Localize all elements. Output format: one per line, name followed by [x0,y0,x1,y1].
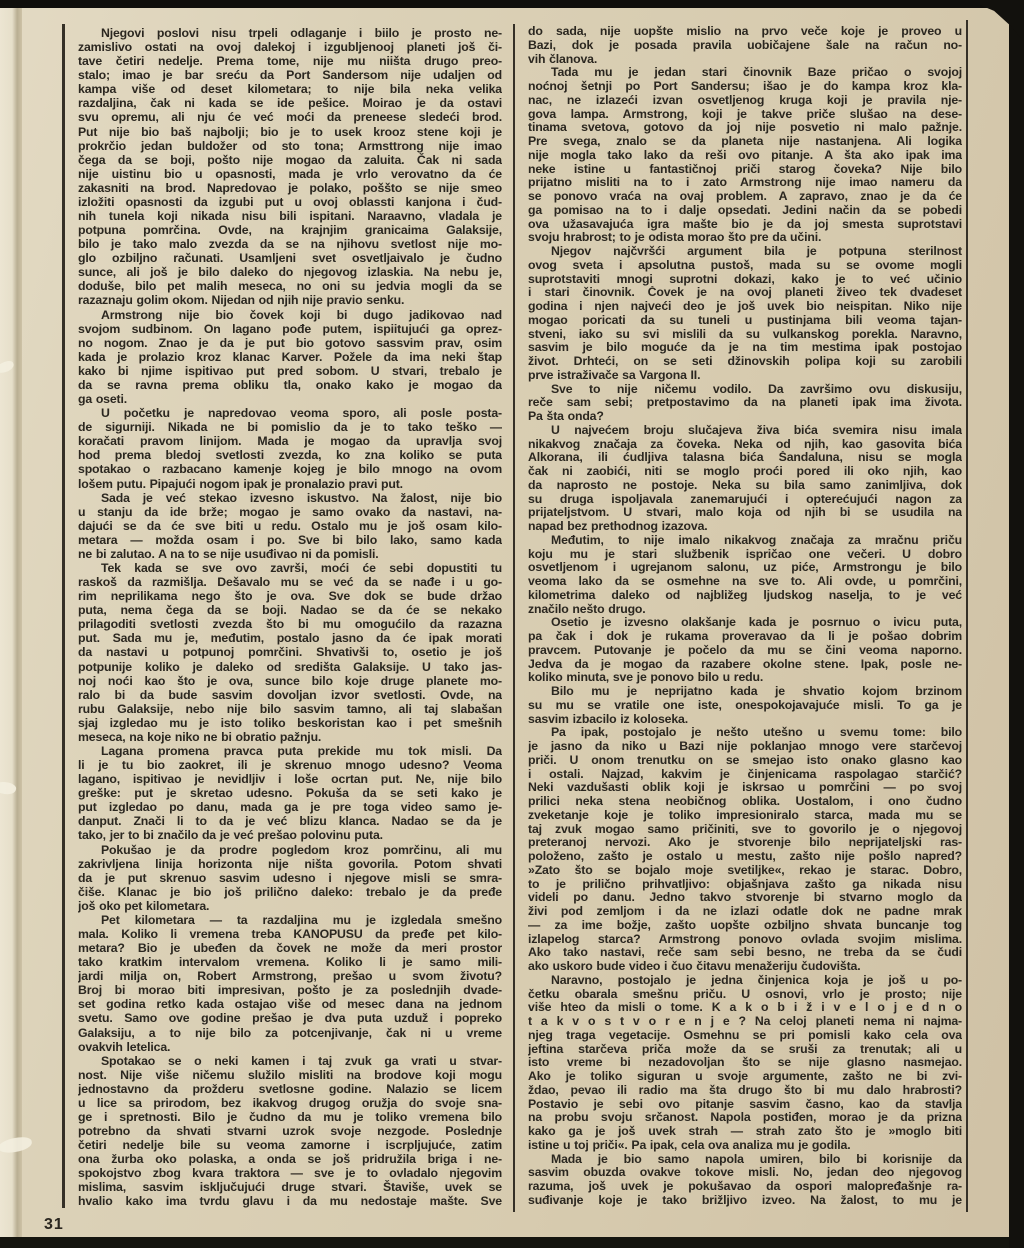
text-line: noćnoj šetnji po Port Sandersu; išao je … [528,80,962,94]
text-line: na probu svoju srčanost. Napola postiđen… [528,1111,962,1125]
text-line: noj noći kao što je ova, sunce bilo koje… [78,674,502,688]
text-line: kada je prolazio kroz klanac Karver. Pož… [78,350,502,364]
text-line: čega da se boji, pošto nije mogao da zal… [78,153,502,167]
text-line: sasvim obuzda ovakve tokove misli. No, j… [528,1166,962,1180]
text-line: prijateljstvom. U stvari, malo koja od n… [528,506,962,520]
text-line: svoju hrabrost; to je odista morao što p… [528,231,962,245]
text-line: greške: put je skretao udesno. Pokuša da… [78,786,502,800]
text-line: svu opremu, ali nju će već moći da prene… [78,110,502,124]
text-line: živi pod zemljom i da ne izlazi odatle d… [528,905,962,919]
text-line: bilo je tako malo zvezda da se na njihov… [78,237,502,251]
text-line: njeg traga vegetacije. Osmehnu se pri po… [528,1029,962,1043]
text-line: de sigurniji. Nikada ne bi pomislio da j… [78,420,502,434]
text-line: »Zato što se bojalo moje svetiljke«, rek… [528,864,962,878]
text-line: mala. Koliko li vremena treba KANOPUSU d… [78,927,502,941]
text-line: priči. U onom trenutku on se smejao isto… [528,754,962,768]
text-line: ova užasavajuća igra mašte bio je da joj… [528,218,962,232]
text-line: t a k v o s t v o r e n j e ? Na celoj p… [528,1015,962,1029]
paragraph: Lagana promena pravca puta prekide mu to… [78,744,502,843]
text-line: gova lampa. Armstrong, koji je takve pri… [528,108,962,122]
text-line: Njegov najčvršći argument bila je potpun… [528,245,962,259]
text-line: nije mogla tako lako da reši ovo pitanje… [528,149,962,163]
text-line: u stanju da ide brže; mogao je samo ovak… [78,505,502,519]
text-line: ovakvih letelica. [78,1040,502,1054]
text-line: tave četiri nedelje. Prema tome, nije mu… [78,54,502,68]
text-line: i stari činovnik. Čovek je na ovoj plane… [528,286,962,300]
text-line: suprotstaviti mnogi suprotni dokazi, kak… [528,273,962,287]
page-left-edge-shading [0,8,22,1237]
text-line: spokojstvo zbog kvara traktora — sve je … [78,1166,502,1180]
text-line: Njegovi poslovi nisu trpeli odlaganje i … [78,26,502,40]
text-line: potpuna pomrčina. Ovde, na krajnjim gran… [78,223,502,237]
text-line: Spotakao se o neki kamen i taj zvuk ga v… [78,1054,502,1068]
text-line: su mu se vratile one iste, onespokojavaj… [528,699,962,713]
text-line: Jedva da je mogao da razabere okolne ste… [528,658,962,672]
text-line: isto vreme bi nezadovoljan što se nije g… [528,1056,962,1070]
text-line: tako kratkim intervalom vremena. Koliko … [78,955,502,969]
text-line: svojom sudbinom. On lagano pođe putem, i… [78,322,502,336]
text-line: koliko minuta, sve je ponovo bilo u redu… [528,671,962,685]
text-line: ga pomisao na to i dalje opsedati. Jedin… [528,204,962,218]
text-line: četku obarala smešnu priču. U osnovi, vr… [528,988,962,1002]
paragraph: Tada mu je jedan stari činovnik Baze pri… [528,66,962,245]
text-line: tako, jer to bi značilo da je već prešao… [78,828,502,842]
text-line: čak ni zaobići, niti se moglo proći pore… [528,465,962,479]
paragraph: Njegovi poslovi nisu trpeli odlaganje i … [78,26,502,308]
text-line: puta, nema čega da se boji. Nadao se da … [78,603,502,617]
text-line: Naravno, postojalo je jedna činjenica ko… [528,974,962,988]
paragraph: do sada, nije uopšte mislio na prvo veče… [528,25,962,66]
paragraph: Pa ipak, postojalo je nešto utešno u sve… [528,726,962,974]
text-line: Mada je bio samo napola umiren, bilo bi … [528,1153,962,1167]
text-line: dajući se da će sve biti u redu. Ostalo … [78,519,502,533]
text-line: sunce, ali još je bilo daleko do njegovo… [78,265,502,279]
text-line: jeftina starčeva priča može da se sruši … [528,1043,962,1057]
text-line: položeno, zašto je ostalo u mestu, zašto… [528,850,962,864]
text-line: se ponovo vraća na ovaj problem. A zapra… [528,190,962,204]
text-line: ge i spretnosti. Bilo je čudno da mu je … [78,1110,502,1124]
text-line: put izgledao po danu, mada ga je pre tog… [78,800,502,814]
text-column-left: Njegovi poslovi nisu trpeli odlaganje i … [78,26,502,1209]
text-line: je jasno da niko u Bazi nije poklanjao m… [528,740,962,754]
text-line: četiri nedelje bile su veoma zamorne i i… [78,1138,502,1152]
text-line: čiše. Klanac je bio još prilično daleko:… [78,885,502,899]
text-line: Tek kada se sve ovo završi, moći će sebi… [78,561,502,575]
text-line: potrebno da shvati stvarni uzrok svoje n… [78,1124,502,1138]
text-line: više hteo da misli o tome. K a k o b i ž… [528,1001,962,1015]
paragraph: Pokušao je da prodre pogledom kroz pomrč… [78,843,502,913]
text-line: Neki vazdušasti oblik koji je iskrsao u … [528,781,962,795]
paragraph: U najvećem broju slučajeva živa bića sve… [528,424,962,534]
text-line: kilometrima daleko od najbližeg ljudskog… [528,589,962,603]
paragraph: Mada je bio samo napola umiren, bilo bi … [528,1153,962,1208]
text-line: zamislivo ostati na ovoj dalekoj i izgub… [78,40,502,54]
text-line: Sada je već stekao izvesno iskustvo. Na … [78,491,502,505]
text-line: li je tu bio zaokret, ili je skrenuo mno… [78,758,502,772]
text-line: značilo nešto drugo. [528,603,962,617]
bottom-edge-bar [0,1237,1024,1248]
text-line: Bilo mu je neprijatno kada je shvatio ko… [528,685,962,699]
text-line: U početku je napredovao veoma sporo, ali… [78,406,502,420]
text-line: razuma, još uvek je pokušavao da ospori … [528,1180,962,1194]
text-line: ako uskoro bude video i čuo čitavu menaž… [528,960,962,974]
text-line: kako bi njime ispitivao put pred sobom. … [78,364,502,378]
text-line: glo ozbiljno računati. Usamljeni svet os… [78,251,502,265]
text-line: svetu. Samo ove godine prešao je dva put… [78,1011,502,1025]
text-line: no nogom. Znao je da je put bio gotovo s… [78,336,502,350]
paragraph: Njegov najčvršći argument bila je potpun… [528,245,962,383]
scanned-magazine-page: Njegovi poslovi nisu trpeli odlaganje i … [0,0,1024,1248]
text-line: taj zvuk mogao samo pričiniti, sve to go… [528,823,962,837]
text-line: da nastavi u potpunoj pomrčini. Shvativš… [78,645,502,659]
text-line: Osetio je izvesno olakšanje kada je posr… [528,616,962,630]
text-line: stveni, iako su svi mislili da su vulkan… [528,328,962,342]
text-line: koju mu je stari službenik ispričao one … [528,548,962,562]
paragraph: Sada je već stekao izvesno iskustvo. Na … [78,491,502,561]
text-line: Lagana promena pravca puta prekide mu to… [78,744,502,758]
text-line: set godina retko kada ostajao više od me… [78,997,502,1011]
text-line: tinama svetova, gotovo da joj nije posve… [528,121,962,135]
text-line: ga oseti. [78,392,502,406]
text-line: prilici neka stena neobičnog oblika. Uos… [528,795,962,809]
text-line: Pa šta onda? [528,410,962,424]
text-line: da se ravna prema obliku tla, onako kako… [78,378,502,392]
paragraph: Bilo mu je neprijatno kada je shvatio ko… [528,685,962,726]
text-line: nost. Nije više ničemu služilo misliti n… [78,1068,502,1082]
text-line: raskoš da razmišlja. Dešavalo mu se već … [78,575,502,589]
text-line: sasvim izbacilo iz koloseka. [528,713,962,727]
text-line: ždao, pevao ili radio ma šta drugo što b… [528,1084,962,1098]
text-line: do sada, nije uopšte mislio na prvo veče… [528,25,962,39]
text-line: Ako tako nastavi, reče sam sebi besno, n… [528,946,962,960]
text-line: hvalio kako ima tvrdu glavu i da mu nedo… [78,1194,502,1208]
text-line: meseca, na koje niko ne bi obratio pažnj… [78,730,502,744]
text-line: veoma lako da se osmehne na sve to. Ali … [528,575,962,589]
text-line: i ostali. Najzad, kakvim je činjenicama … [528,768,962,782]
text-line: u lice sa prirodom, bez ikakvog drugog o… [78,1096,502,1110]
text-line: stalo; imao je bar sreću da Port Sanders… [78,68,502,82]
paragraph: Tek kada se sve ovo završi, moći će sebi… [78,561,502,744]
text-line: hod prema bledoj svetlosti zvezda, ko zn… [78,448,502,462]
paragraph: Armstrong nije bio čovek koji bi dugo ja… [78,308,502,407]
text-line: prilagoditi svetlosti zvezda što bi mu o… [78,617,502,631]
text-line: neke istine u fantastičnoj priči starog … [528,163,962,177]
text-line: izlapelog starca? Armstrong ponovo ovlad… [528,933,962,947]
text-line: danput. Znači li to da je već blizu klan… [78,814,502,828]
text-line: vih članova. [528,53,962,67]
column-divider-rule [513,24,515,1212]
top-edge-bar [0,0,1024,8]
text-line: reče sam sebi; pretpostavimo da na plane… [528,396,962,410]
text-line: pa čak i dok je rukama proveravao da li … [528,630,962,644]
paragraph: U početku je napredovao veoma sporo, ali… [78,406,502,490]
text-line: život. Drhteći, on se seti džinovskih po… [528,355,962,369]
text-line: da je put skrenuo sasvim udesno i njegov… [78,871,502,885]
text-line: prve istraživače sa Vargona II. [528,369,962,383]
text-line: razaznaju golim okom. Nijedan od njih ni… [78,293,502,307]
text-line: pravcem. Putovanje je počelo da mu se či… [528,644,962,658]
text-line: to je prilično prihvatljivo: objašnjava … [528,878,962,892]
text-line: mislima, sasvim isključujući druge stvar… [78,1180,502,1194]
text-line: videli po danu. Jedno takvo stvorenje bi… [528,891,962,905]
text-line: spotakao o razbacano kamenje kojeg je bi… [78,462,502,476]
text-line: nije uistinu bio u opasnosti, mada je vr… [78,167,502,181]
text-line: godina i njen najveći deo je još uvek bi… [528,300,962,314]
text-line: U najvećem broju slučajeva živa bića sve… [528,424,962,438]
text-line: zakrivljena linija horizonta nije ništa … [78,857,502,871]
paragraph: Osetio je izvesno olakšanje kada je posr… [528,616,962,685]
text-line: rubu Galaksije, nebo nije bilo sasvim ta… [78,702,502,716]
text-line: jardi milja on, Robert Armstrong, prešao… [78,969,502,983]
text-line: Postavio je sebi ovo pitanje sasvim časn… [528,1098,962,1112]
text-line: ralo bi da bude sasvim dovoljan izvor sv… [78,688,502,702]
text-line: istine u toj priči«. Pa ipak, cela ova a… [528,1139,962,1153]
text-line: jednostavno da prožderu svetlosne godine… [78,1082,502,1096]
text-line: Pa ipak, postojalo je nešto utešno u sve… [528,726,962,740]
paragraph: Međutim, to nije imalo nikakvog značaja … [528,534,962,617]
text-line: metara? Bio je ubeđen da čovek ne može d… [78,941,502,955]
paragraph: Naravno, postojalo je jedna činjenica ko… [528,974,962,1153]
text-line: napad bez prethodnog izazova. [528,520,962,534]
text-line: put. Sada mu je, međutim, postalo jasno … [78,631,502,645]
text-line: ne bi zalutao. A na to se nije usuđivao … [78,547,502,561]
paragraph: Spotakao se o neki kamen i taj zvuk ga v… [78,1054,502,1209]
text-line: Galaksiju, a to nije bilo za potcenjivan… [78,1026,502,1040]
text-line: prijatno misliti na to i zato Armstrong … [528,176,962,190]
text-line: nikakvog značaja za čoveka. Neka od njih… [528,438,962,452]
text-line: kampa više od deset kilometara; to nije … [78,82,502,96]
text-column-right: do sada, nije uopšte mislio na prvo veče… [528,25,962,1208]
text-line: doduše, bilo pet malih meseca, no oni su… [78,279,502,293]
text-line: ovog sveta i apsolutna pustoš, mada su s… [528,259,962,273]
text-line: Tada mu je jedan stari činovnik Baze pri… [528,66,962,80]
text-line: izložiti opasnosti da izgubi put u ovoj … [78,195,502,209]
text-line: razdaljina, čak ni kada se ide pešice. M… [78,96,502,110]
text-line: Pre svega, znalo se da planeta nije nast… [528,135,962,149]
text-line: — za ime božje, zašto uopšte ozbiljno sh… [528,919,962,933]
column-rule-left [62,24,65,1208]
text-line: zakasniti na brod. Napredovao je polako,… [78,181,502,195]
text-line: suđivanje koje je tako brižljivo izveo. … [528,1194,962,1208]
text-line: osvetljenom i ugrejanom salonu, uz piće,… [528,561,962,575]
text-line: zveketanje koje je toliko impresioniralo… [528,809,962,823]
text-line: mogao poricati da su tuneli u pustinjama… [528,314,962,328]
text-line: nih tunela koji nikada nisu bili ispitan… [78,209,502,223]
text-line: nac, ne izlazeći izvan osvetljenog kruga… [528,94,962,108]
text-line: lagano, ispitivao je nevidljiv i loše oc… [78,772,502,786]
text-line: da naprosto ne postoje. Neka su bila sam… [528,479,962,493]
text-line: su druga ispoljavala zanemarujući i opte… [528,493,962,507]
text-line: Broj bi morao biti impresivan, pošto je … [78,983,502,997]
text-line: Pokušao je da prodre pogledom kroz pomrč… [78,843,502,857]
text-line: Put nije bio baš najbolji; bio je to use… [78,125,502,139]
text-line: sasvim je bilo moguće da je na tim mesti… [528,341,962,355]
text-line: kako ga je još uvek strah — strah zato š… [528,1125,962,1139]
text-line: rim neprilikama nego što je ova. Sve dok… [78,589,502,603]
text-line: koračati pravom linijom. Mada je mogao d… [78,434,502,448]
text-line: metara — možda osam i po. Sve bi bilo la… [78,533,502,547]
text-line: Armstrong nije bio čovek koji bi dugo ja… [78,308,502,322]
text-line: još oko pet kilometara. [78,899,502,913]
page-number: 31 [44,1216,64,1234]
text-line: sjaj izgledao mu je isto toliko beskoris… [78,716,502,730]
text-line: Ako je toliko siguran u svoje argumente,… [528,1070,962,1084]
text-line: preteranoj nervozi. Ako je stvorenje bil… [528,836,962,850]
text-line: lošem putu. Pipajući nogom ipak je prona… [78,477,502,491]
right-edge-bar [1009,0,1024,1248]
paragraph: Pet kilometara — ta razdaljina mu je izg… [78,913,502,1054]
text-line: Sve to nije ničemu vodilo. Da završimo o… [528,383,962,397]
text-line: Međutim, to nije imalo nikakvog značaja … [528,534,962,548]
column-rule-right [966,20,968,1212]
text-line: Bazi, dok je posada pravila uobičajene š… [528,39,962,53]
text-line: potpunije koliko je daleko od središta G… [78,660,502,674]
text-line: prokrčio jedan buldožer od sto tona; Arm… [78,139,502,153]
text-line: ona žurba oko polaska, a onda se još pri… [78,1152,502,1166]
text-line: Alkorana, ili ćudljiva talasna bića Šand… [528,451,962,465]
paragraph: Sve to nije ničemu vodilo. Da završimo o… [528,383,962,424]
text-line: Pet kilometara — ta razdaljina mu je izg… [78,913,502,927]
